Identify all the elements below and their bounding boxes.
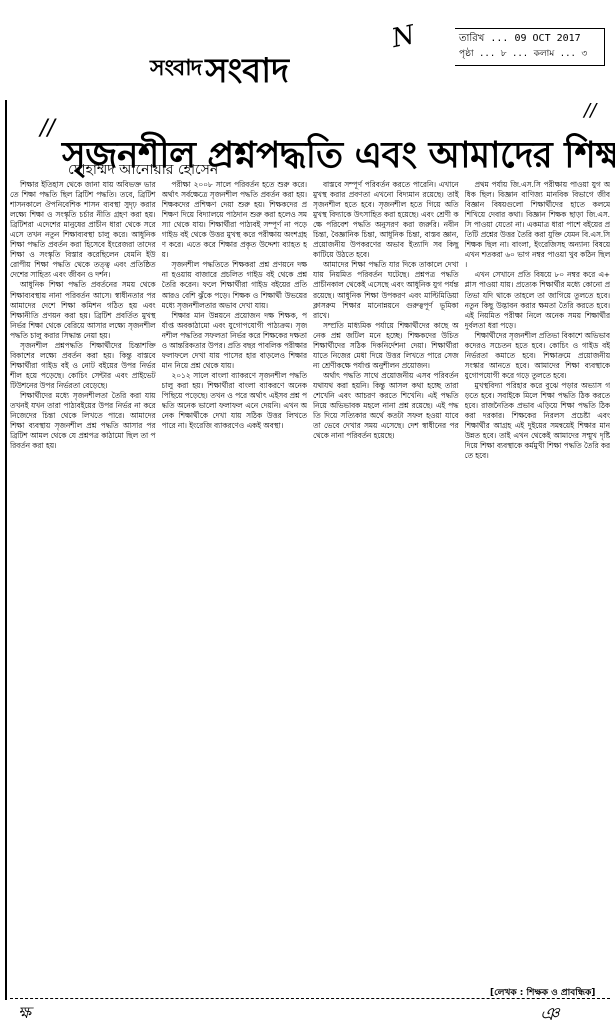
paragraph: এখন সেখানে প্রতি বিষয়ে ৮০ নম্বর করে এ+ … <box>465 270 611 330</box>
stamp-column-value: ৩ <box>581 49 587 59</box>
paragraph: প্রথম পর্যায় জি.এস.সি পরীক্ষায় পাওয়া … <box>465 180 611 270</box>
stamp-date-label: তারিখ <box>459 33 484 44</box>
newspaper-masthead: সংবাদ সংবাদ <box>150 38 289 88</box>
article-column-2: পরীক্ষা ২০০৮ সালে পরিবর্তন হতে শুরু করে।… <box>162 180 308 985</box>
masthead-large: সংবাদ <box>205 54 289 88</box>
article-column-4: প্রথম পর্যায় জি.এস.সি পরীক্ষায় পাওয়া … <box>465 180 611 985</box>
paragraph: মুখস্থবিদ্যা পরিহার করে বুঝে পড়ার অভ্যা… <box>465 381 611 461</box>
paragraph: শিক্ষার ইতিহাস থেকে জানা যায় অবিভক্ত ভা… <box>10 180 156 280</box>
margin-mark-left: // <box>40 116 55 141</box>
stamp-page-row: পৃষ্ঠা ... ৮ ... কলাম ... ৩ <box>459 47 600 61</box>
paragraph: শিক্ষার মান উন্নয়নে প্রয়োজন দক্ষ শিক্ষ… <box>162 311 308 371</box>
article-column-1: শিক্ষার ইতিহাস থেকে জানা যায় অবিভক্ত ভা… <box>10 180 156 985</box>
stamp-column-label: কলাম <box>534 49 555 59</box>
masthead-small: সংবাদ <box>150 51 201 88</box>
stamp-date-value: 09 OCT 2017 <box>514 33 580 44</box>
stamp-date-row: তারিখ ... 09 OCT 2017 <box>459 31 600 47</box>
bottom-rule <box>10 998 610 1000</box>
paragraph: ২০১২ সালে বাংলা ব্যাকরণে সৃজনশীল পদ্ধতি … <box>162 371 308 431</box>
margin-mark-right: // <box>584 100 596 121</box>
stamp-page-label: পৃষ্ঠা <box>459 49 474 59</box>
stamp-initials: N <box>389 20 417 54</box>
paragraph: অর্থাৎ পদ্ধতি সাথে প্রয়োজনীয় এসব পরিবর… <box>313 371 459 441</box>
paragraph: আধুনিক শিক্ষা পদ্ধতি প্রবর্তনের সময় থেক… <box>10 280 156 340</box>
article-column-3: বাস্তবে সম্পূর্ণ পরিবর্তন করতে পারেনি। এ… <box>313 180 459 985</box>
archive-stamp: তারিখ ... 09 OCT 2017 পৃষ্ঠা ... ৮ ... ক… <box>455 28 605 66</box>
paragraph: সৃজনশীল পদ্ধতিতে শিক্ষকরা প্রশ্ন প্রণয়ন… <box>162 260 308 310</box>
signature-bottom-right: ঞ <box>540 1000 559 1024</box>
paragraph: বাস্তবে সম্পূর্ণ পরিবর্তন করতে পারেনি। এ… <box>313 180 459 260</box>
paragraph: সৃজনশীল প্রশ্নপদ্ধতি শিক্ষার্থীদের চিন্ত… <box>10 341 156 391</box>
paragraph: শিক্ষার্থীদের মধ্যে সৃজনশীলতা তৈরি করা য… <box>10 391 156 451</box>
paragraph: পরীক্ষা ২০০৮ সালে পরিবর্তন হতে শুরু করে।… <box>162 180 308 260</box>
signature-bottom-left: ক্ষ <box>18 1000 31 1024</box>
stamp-page-value: ৮ <box>501 49 507 59</box>
paragraph: সম্প্রতি মাধ্যমিক পর্যায়ে শিক্ষার্থীদের… <box>313 321 459 371</box>
paragraph: শিক্ষার্থীদের সৃজনশীল প্রতিভা বিকাশে অভি… <box>465 331 611 381</box>
article-body: শিক্ষার ইতিহাস থেকে জানা যায় অবিভক্ত ভা… <box>10 180 610 985</box>
paragraph: আমাদের শিক্ষা পদ্ধতি যার দিকে তাকালে দেখ… <box>313 260 459 320</box>
left-margin-rule <box>5 100 7 1000</box>
article-byline: মোহাম্মদ আনোয়ার হোসেন <box>68 158 218 182</box>
